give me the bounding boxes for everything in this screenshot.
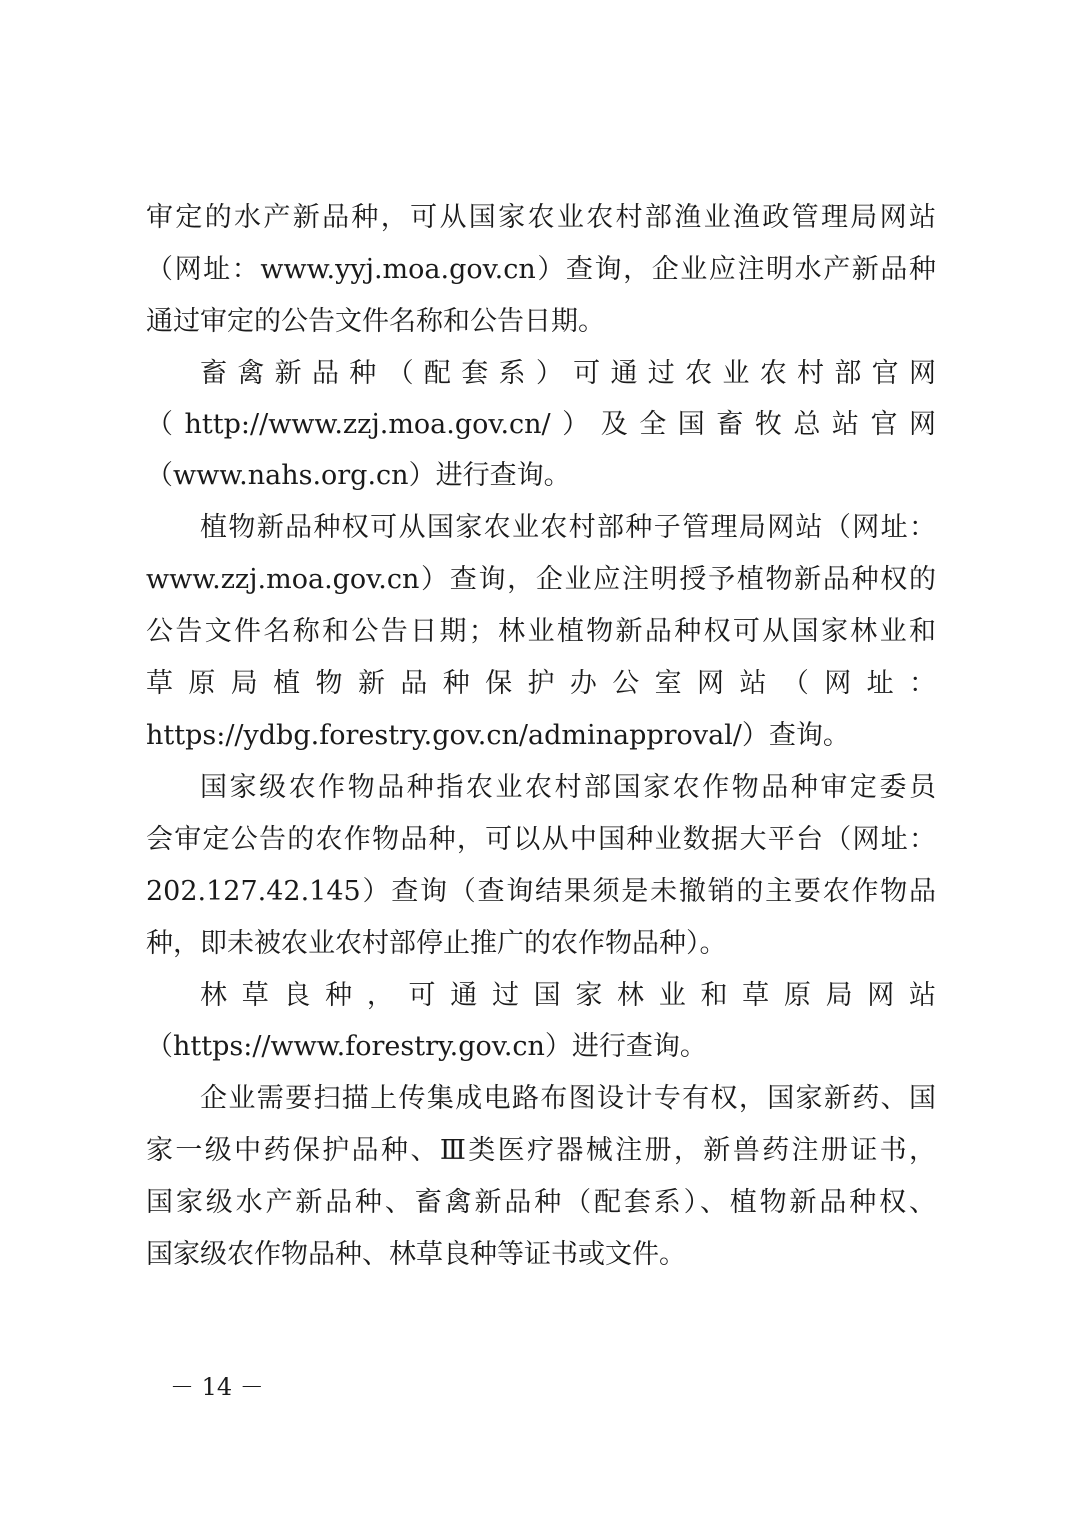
text-line: https://ydbg.forestry.gov.cn/adminapprov… [146,716,936,756]
text-line: 林草良种，可通过国家林业和草原局网站 [200,976,936,1016]
text-line: 公告文件名称和公告日期；林业植物新品种权可从国家林业和 [146,612,936,652]
text-line: 草原局植物新品种保护办公室网站（网址： [146,664,936,704]
text-line: （http://www.zzj.moa.gov.cn/）及全国畜牧总站官网 [146,405,936,445]
text-line: 家一级中药保护品种、Ⅲ类医疗器械注册，新兽药注册证书， [146,1131,936,1171]
text-line: （www.nahs.org.cn）进行查询。 [146,456,936,496]
text-line: 企业需要扫描上传集成电路布图设计专有权，国家新药、国 [200,1079,936,1119]
document-page: 审定的水产新品种，可从国家农业农村部渔业渔政管理局网站（网址：www.yyj.m… [0,0,1069,1520]
text-line: 种，即未被农业农村部停止推广的农作物品种）。 [146,924,936,964]
text-line: www.zzj.moa.gov.cn）查询，企业应注明授予植物新品种权的 [146,560,936,600]
text-line: （网址：www.yyj.moa.gov.cn）查询，企业应注明水产新品种 [146,250,936,290]
text-line: 通过审定的公告文件名称和公告日期。 [146,302,936,342]
text-line: 植物新品种权可从国家农业农村部种子管理局网站（网址： [200,508,936,548]
text-line: 国家级农作物品种、林草良种等证书或文件。 [146,1235,936,1275]
text-line: （https://www.forestry.gov.cn）进行查询。 [146,1027,936,1067]
text-line: 国家级农作物品种指农业农村部国家农作物品种审定委员 [200,768,936,808]
text-line: 202.127.42.145）查询（查询结果须是未撤销的主要农作物品 [146,872,936,912]
text-line: 畜禽新品种（配套系）可通过农业农村部官网 [200,354,936,394]
text-line: 国家级水产新品种、畜禽新品种（配套系）、植物新品种权、 [146,1183,936,1223]
text-line: 审定的水产新品种，可从国家农业农村部渔业渔政管理局网站 [146,198,936,238]
text-line: 会审定公告的农作物品种，可以从中国种业数据大平台（网址： [146,820,936,860]
page-number: － 14 － [170,1372,264,1402]
